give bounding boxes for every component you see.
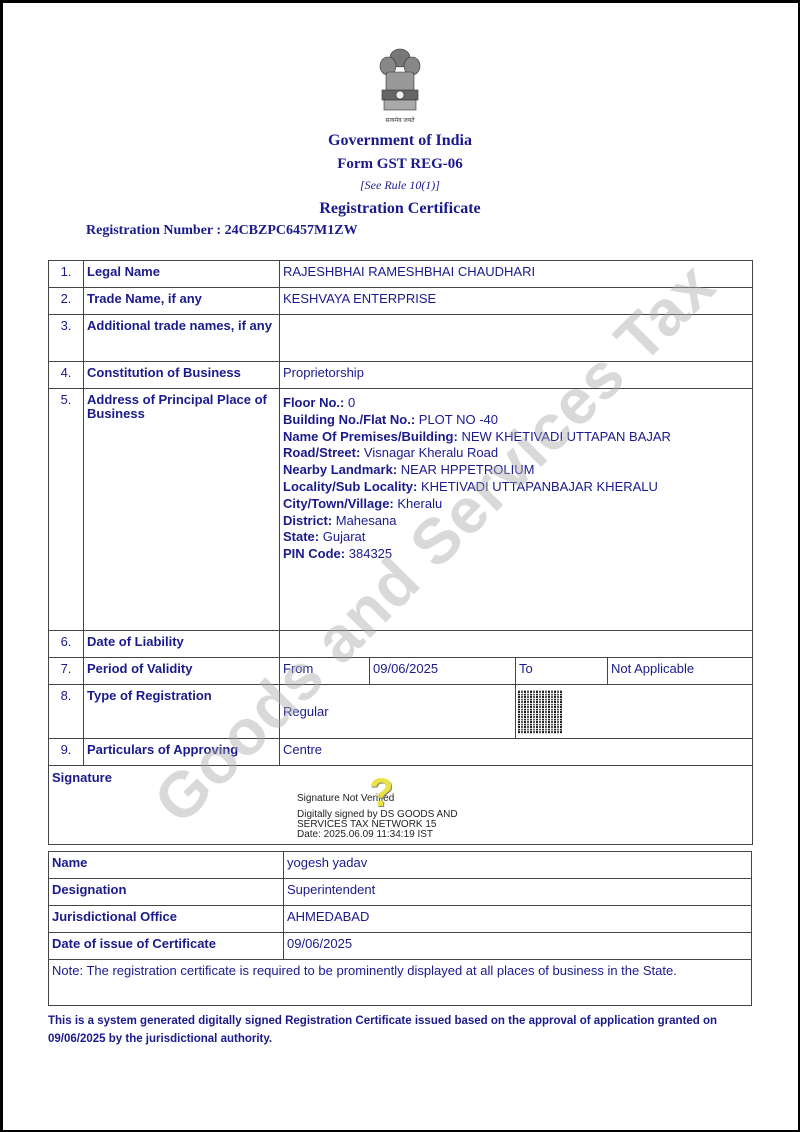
table-row: 2. Trade Name, if any KESHVAYA ENTERPRIS… [49, 288, 753, 315]
address-line: State: Gujarat [283, 529, 749, 546]
address-line: District: Mahesana [283, 513, 749, 530]
qr-code-icon [518, 690, 562, 734]
table-row: 6. Date of Liability [49, 631, 753, 658]
address-line: Locality/Sub Locality: KHETIVADI UTTAPAN… [283, 479, 749, 496]
registration-number: Registration Number : 24CBZPC6457M1ZW [86, 223, 358, 239]
address-line: Floor No.: 0 [283, 395, 749, 412]
footer-note: This is a system generated digitally sig… [48, 1012, 758, 1048]
table-row: Jurisdictional OfficeAHMEDABAD [49, 906, 752, 933]
svg-text:सत्यमेव जयते: सत्यमेव जयते [385, 116, 415, 124]
period-of-validity-label: Period of Validity [84, 658, 280, 685]
certificate-table: 1. Legal Name RAJESHBHAI RAMESHBHAI CHAU… [48, 260, 753, 845]
type-of-registration-label: Type of Registration [84, 685, 280, 739]
note-text: Note: The registration certificate is re… [49, 960, 752, 1006]
government-title: Government of India [0, 132, 800, 150]
signature-row: Signature Signature Not Verified Digital… [49, 766, 753, 845]
trade-name-value: KESHVAYA ENTERPRISE [280, 288, 753, 315]
designation-value: Superintendent [284, 879, 752, 906]
approving-label: Particulars of Approving [84, 739, 280, 766]
address-line: Name Of Premises/Building: NEW KHETIVADI… [283, 429, 749, 446]
constitution-value: Proprietorship [280, 362, 753, 389]
validity-to-value: Not Applicable [608, 658, 753, 685]
type-of-registration-value: Regular [280, 685, 516, 739]
question-mark-icon: ? [369, 786, 393, 800]
trade-name-label: Trade Name, if any [84, 288, 280, 315]
validity-from-value: 09/06/2025 [370, 658, 516, 685]
date-of-liability-value [280, 631, 753, 658]
legal-name-value: RAJESHBHAI RAMESHBHAI CHAUDHARI [280, 261, 753, 288]
officer-name-label: Name [49, 852, 284, 879]
officer-table: Nameyogesh yadav DesignationSuperintende… [48, 851, 752, 1006]
table-row: 4. Constitution of Business Proprietorsh… [49, 362, 753, 389]
form-title: Form GST REG-06 [0, 156, 800, 173]
validity-to-label: To [516, 658, 608, 685]
table-row: 5. Address of Principal Place of Busines… [49, 389, 753, 631]
address-line: Road/Street: Visnagar Kheralu Road [283, 445, 749, 462]
table-row: 8. Type of Registration Regular [49, 685, 753, 739]
address-value: Floor No.: 0 Building No./Flat No.: PLOT… [280, 389, 753, 631]
table-row: DesignationSuperintendent [49, 879, 752, 906]
table-row: 3. Additional trade names, if any [49, 315, 753, 362]
jurisdictional-office-label: Jurisdictional Office [49, 906, 284, 933]
additional-trade-names-label: Additional trade names, if any [84, 315, 280, 362]
date-of-liability-label: Date of Liability [84, 631, 280, 658]
date-of-issue-value: 09/06/2025 [284, 933, 752, 960]
address-label: Address of Principal Place of Business [84, 389, 280, 631]
table-row: 1. Legal Name RAJESHBHAI RAMESHBHAI CHAU… [49, 261, 753, 288]
legal-name-label: Legal Name [84, 261, 280, 288]
address-line: City/Town/Village: Kheralu [283, 496, 749, 513]
validity-from-label: From [280, 658, 370, 685]
approving-value: Centre [280, 739, 753, 766]
rule-reference: [See Rule 10(1)] [0, 178, 800, 193]
date-of-issue-label: Date of issue of Certificate [49, 933, 284, 960]
table-row: 7. Period of Validity From 09/06/2025 To… [49, 658, 753, 685]
additional-trade-names-value [280, 315, 753, 362]
designation-label: Designation [49, 879, 284, 906]
address-line: Building No./Flat No.: PLOT NO -40 [283, 412, 749, 429]
address-line: PIN Code: 384325 [283, 546, 749, 563]
national-emblem-icon: सत्यमेव जयते [372, 44, 428, 126]
table-row: Nameyogesh yadav [49, 852, 752, 879]
signature-label: Signature [52, 771, 112, 785]
table-row: Date of issue of Certificate09/06/2025 [49, 933, 752, 960]
table-row: 9. Particulars of Approving Centre [49, 739, 753, 766]
qr-cell [516, 685, 753, 739]
certificate-title: Registration Certificate [0, 200, 800, 218]
constitution-label: Constitution of Business [84, 362, 280, 389]
officer-name-value: yogesh yadav [284, 852, 752, 879]
note-row: Note: The registration certificate is re… [49, 960, 752, 1006]
jurisdictional-office-value: AHMEDABAD [284, 906, 752, 933]
address-line: Nearby Landmark: NEAR HPPETROLIUM [283, 462, 749, 479]
